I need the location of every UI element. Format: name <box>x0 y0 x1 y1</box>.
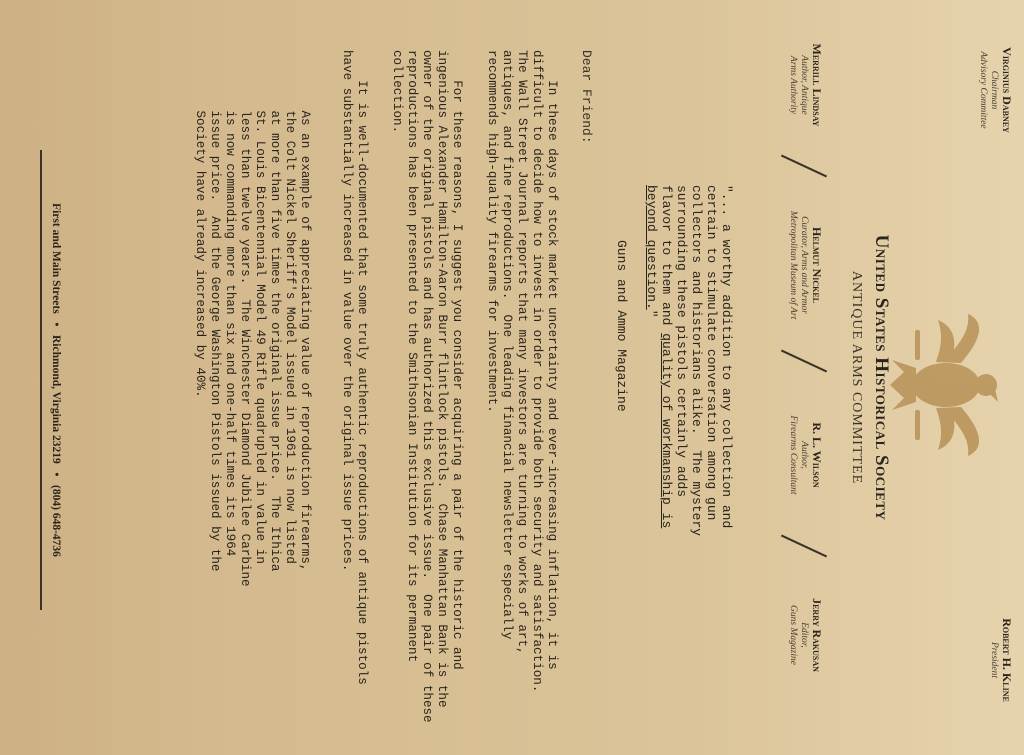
paragraph-examples: As an example of appreciating value of r… <box>192 50 312 730</box>
bullet-separator: • <box>50 472 62 476</box>
divider-slash <box>781 535 827 558</box>
paragraph-2: For these reasons, I suggest you conside… <box>389 50 464 730</box>
member-merrill-lindsay: Merrill Lindsay Author, Antique Arms Aut… <box>787 20 824 150</box>
committee-name: ANTIQUE ARMS COMMITTEE <box>848 0 864 755</box>
footer-phone: (804) 648-4736 <box>50 485 62 557</box>
letter-page: United States Historical Society ANTIQUE… <box>0 0 1024 755</box>
member-helmut-nickel: Helmut Nickel Curator, Arms and Armor Me… <box>787 190 824 340</box>
paragraph-3: It is well-documented that some truly au… <box>339 50 369 730</box>
member-jerry-rakusan: Jerry Rakusan Editor, Guns Magazine <box>787 570 824 700</box>
footer-rule <box>40 150 42 610</box>
footer-street: First and Main Streets <box>50 203 62 314</box>
testimonial-quote: "... a worthy addition to any collection… <box>644 185 734 555</box>
address-footer: First and Main Streets • Richmond, Virgi… <box>50 150 62 610</box>
divider-slash <box>781 155 827 178</box>
eagle-seal-icon <box>886 310 1016 460</box>
member-rl-wilson: R. L. Wilson Author, Firearms Consultant <box>787 385 824 525</box>
member-robert-kline: Robert H. Kline President <box>988 590 1014 730</box>
organization-name: United States Historical Society <box>870 0 892 755</box>
divider-slash <box>781 350 827 373</box>
paragraph-1: In these days of stock market uncertaint… <box>484 50 559 730</box>
bullet-separator: • <box>50 322 62 326</box>
footer-city: Richmond, Virginia 23219 <box>50 335 62 464</box>
quote-source: Guns and Ammo Magazine <box>614 240 629 412</box>
salutation: Dear Friend: <box>579 50 594 144</box>
member-virginius-dabney: Virginius Dabney Chairman Advisory Commi… <box>977 20 1014 160</box>
